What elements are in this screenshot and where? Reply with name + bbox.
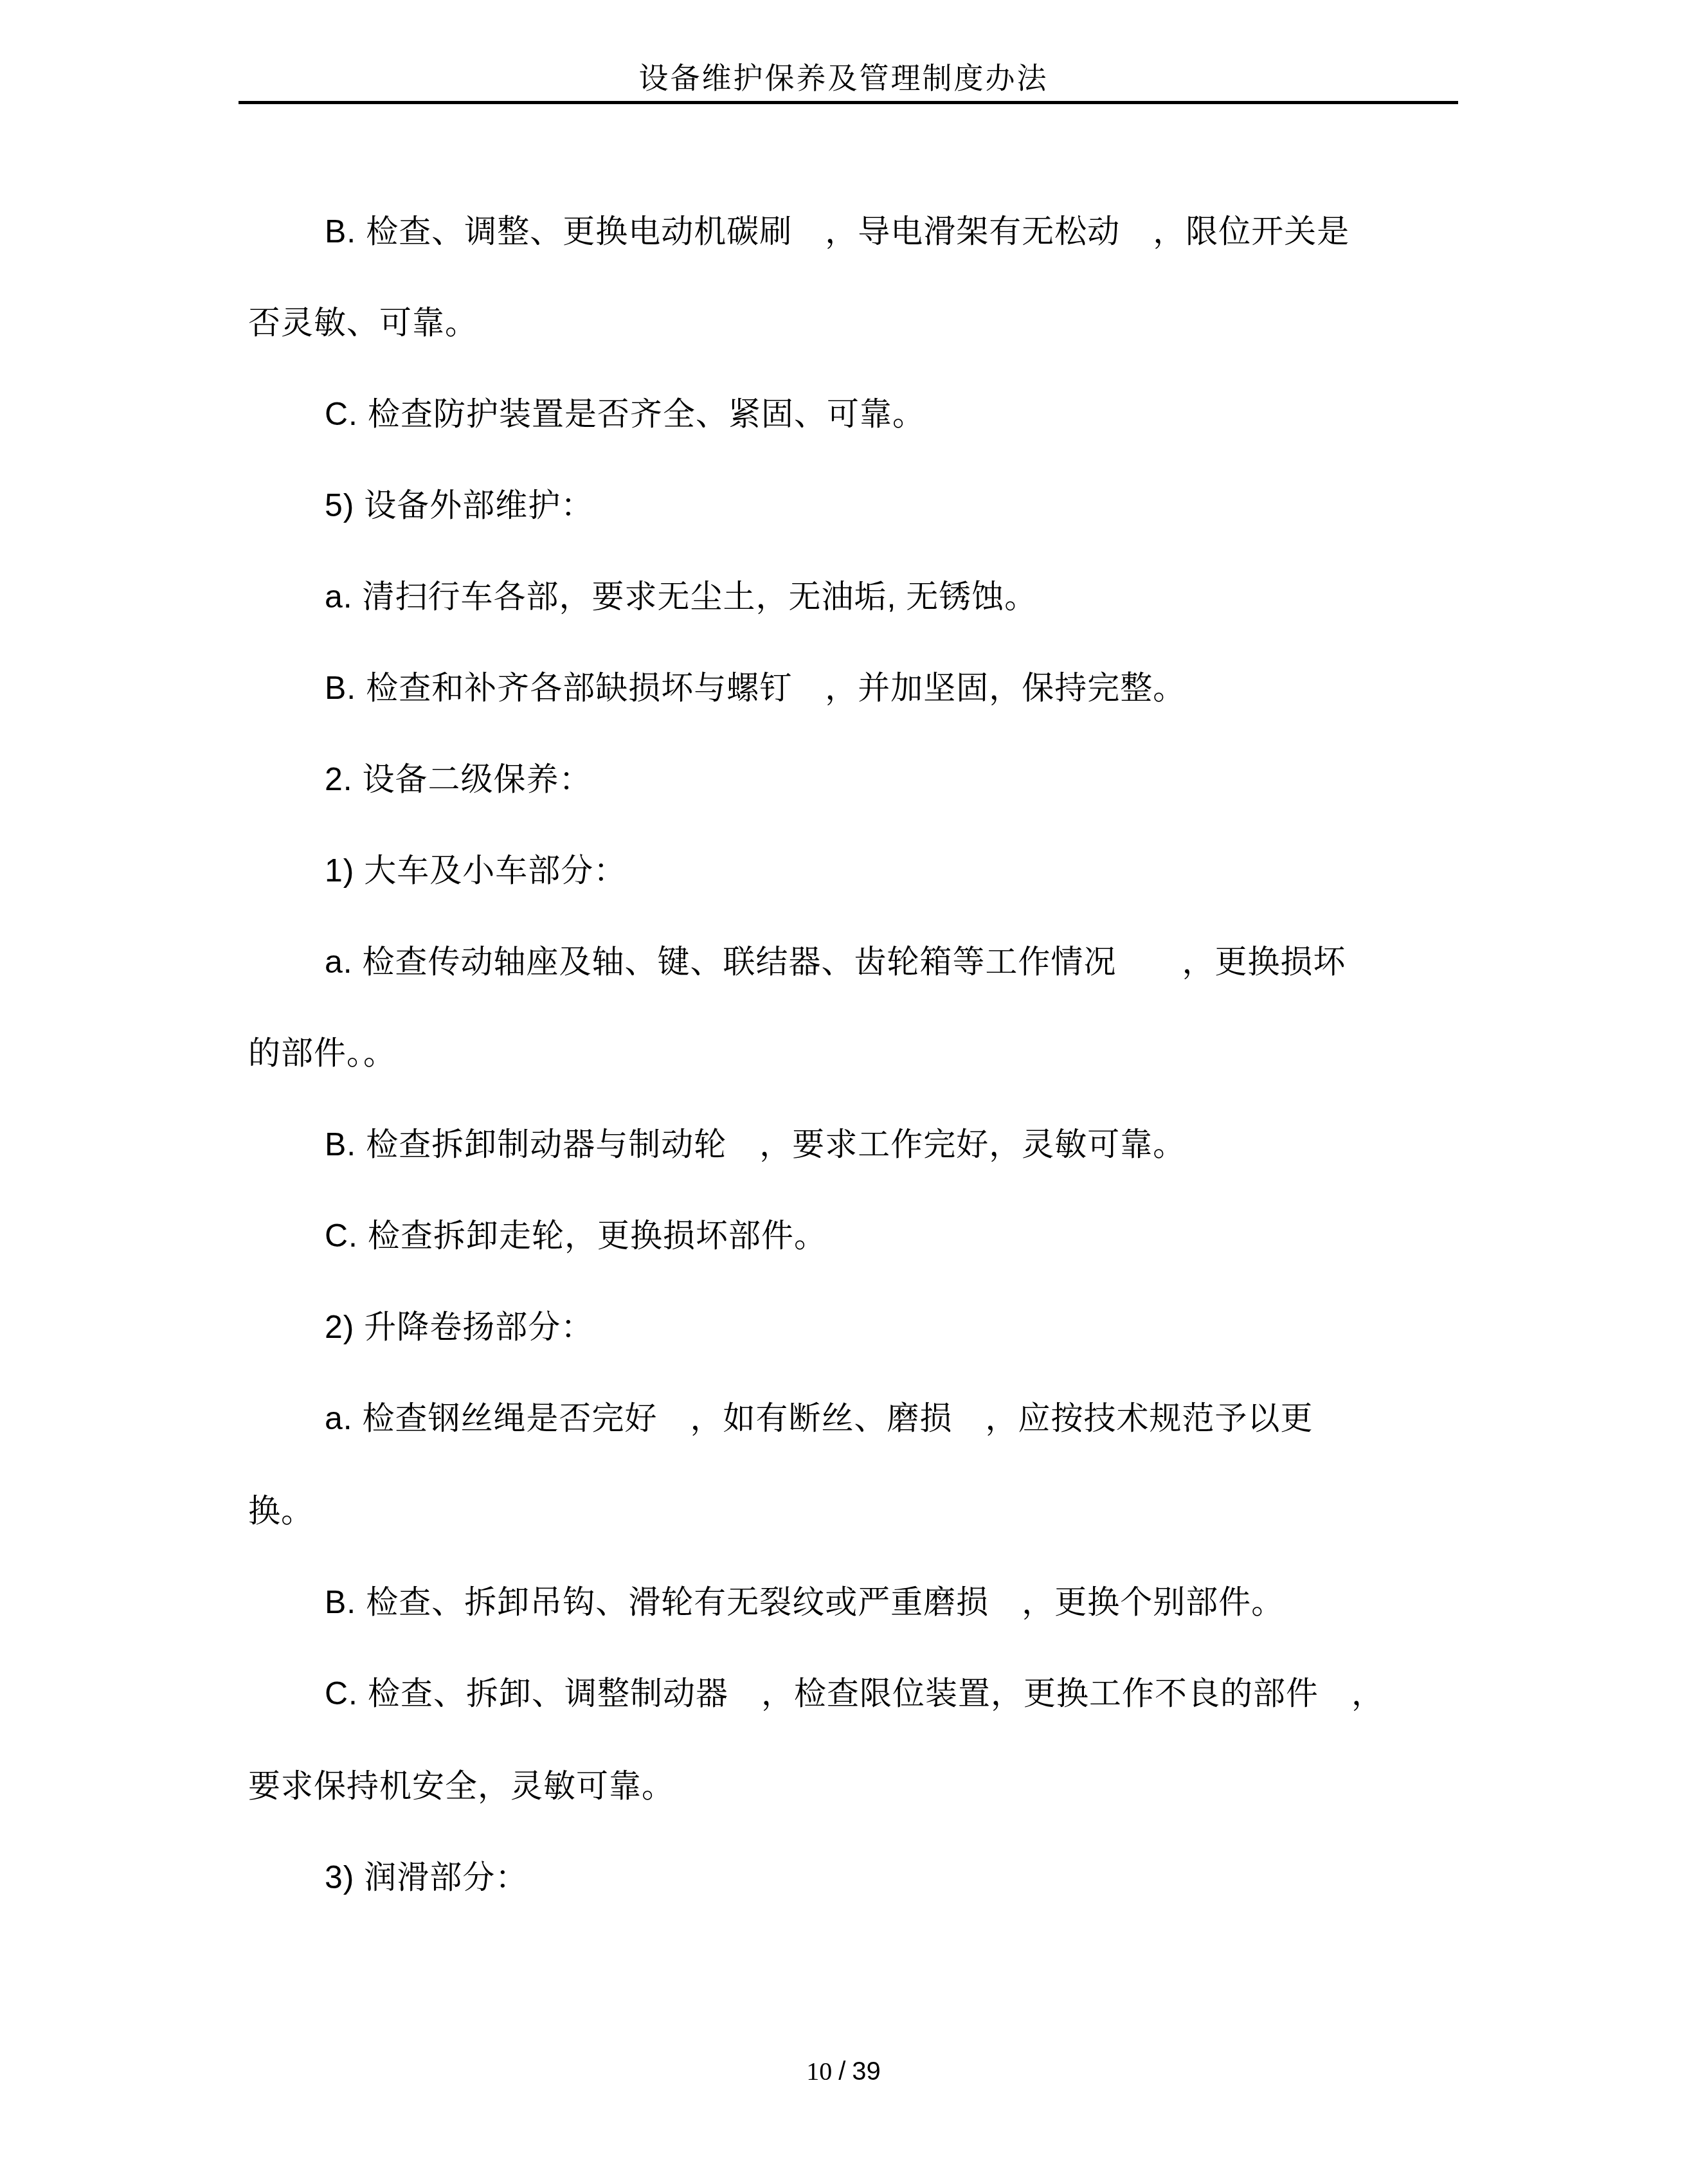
- body-line: a. 清扫行车各部，要求无尘土，无油垢, 无锈蚀。: [325, 579, 1037, 616]
- body-line: 2. 设备二级保养：: [325, 761, 592, 799]
- page-number: 10/39: [0, 2057, 1687, 2086]
- page-number-total: 39: [852, 2057, 881, 2086]
- body-line: B. 检查拆卸制动器与制动轮 ，要求工作完好，灵敏可靠。: [325, 1126, 1186, 1164]
- body-line: 换。: [248, 1493, 314, 1530]
- body-line: 否灵敏、可靠。: [248, 305, 478, 342]
- document-page: 设备维护保养及管理制度办法 B. 检查、调整、更换电动机碳刷 ，导电滑架有无松动…: [0, 0, 1687, 2184]
- body-line: a. 检查钢丝绳是否完好 ，如有断丝、磨损 ，应按技术规范予以更: [325, 1400, 1313, 1438]
- body-line: C. 检查拆卸走轮，更换损坏部件。: [325, 1218, 827, 1255]
- body-line: a. 检查传动轴座及轴、键、联结器、齿轮箱等工作情况 ，更换损坏: [325, 944, 1346, 981]
- body-line: 的部件。。: [248, 1035, 396, 1072]
- body-line: 要求保持机安全，灵敏可靠。: [248, 1768, 674, 1805]
- page-number-current: 10: [806, 2057, 832, 2086]
- body-line: 5) 设备外部维护：: [325, 487, 593, 525]
- body-line: C. 检查、拆卸、调整制动器 ，检查限位装置，更换工作不良的部件 ，: [325, 1675, 1384, 1713]
- page-number-separator: /: [832, 2057, 852, 2086]
- header-rule-divider: [239, 101, 1458, 104]
- body-line: 2) 升降卷扬部分：: [325, 1309, 593, 1346]
- body-line: C. 检查防护装置是否齐全、紧固、可靠。: [325, 396, 925, 433]
- body-line: B. 检查、调整、更换电动机碳刷 ，导电滑架有无松动 ，限位开关是: [325, 213, 1349, 251]
- body-line: 1) 大车及小车部分：: [325, 853, 626, 890]
- body-line: 3) 润滑部分：: [325, 1859, 528, 1897]
- body-line: B. 检查、拆卸吊钩、滑轮有无裂纹或严重磨损 ，更换个别部件。: [325, 1584, 1284, 1621]
- document-header-title: 设备维护保养及管理制度办法: [0, 64, 1687, 93]
- body-line: B. 检查和补齐各部缺损坏与螺钉 ，并加坚固，保持完整。: [325, 670, 1186, 707]
